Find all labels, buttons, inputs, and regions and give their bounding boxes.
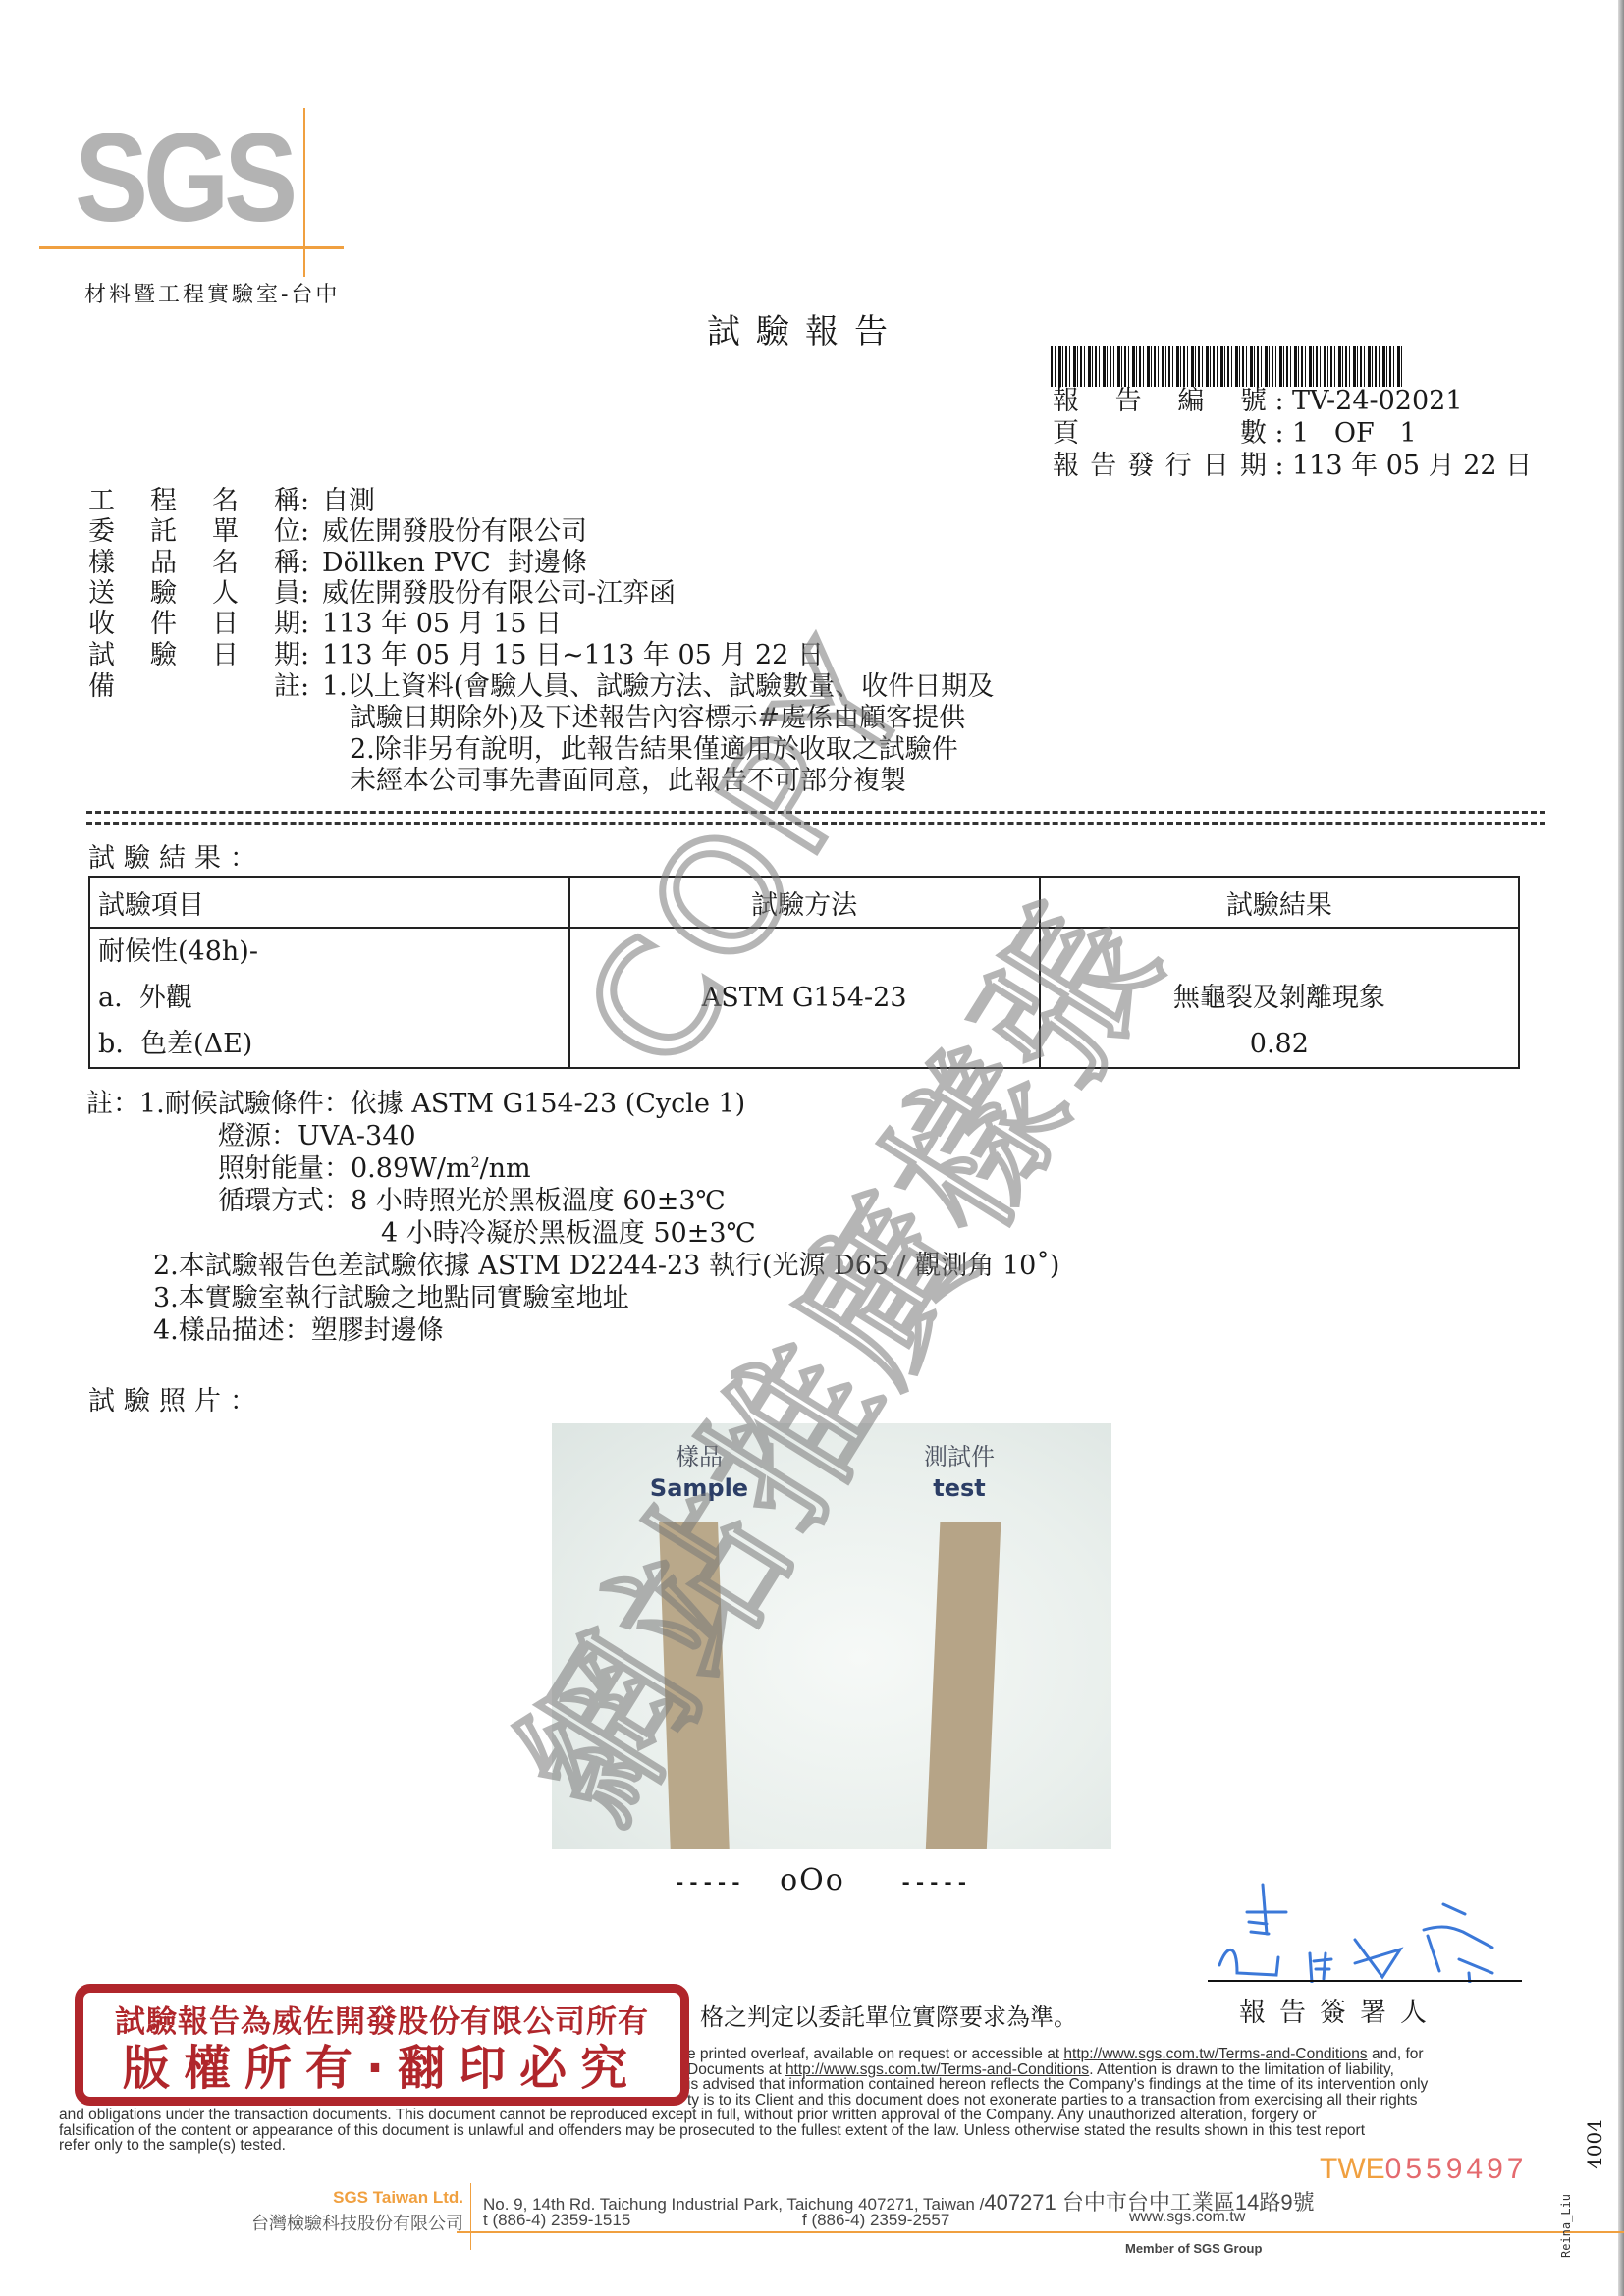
test-item-color-diff: b. 色差(ΔE)	[98, 1021, 561, 1067]
remark-line: 未經本公司事先書面同意，此報告不可部分複製	[350, 759, 906, 797]
disclaimer-text: and obligations under the transaction do…	[59, 2108, 1542, 2123]
lab-name: 材料暨工程實驗室-台中	[84, 278, 340, 308]
sgs-logo: SGS	[75, 116, 293, 241]
test-result-cell: 無龜裂及剝離現象 0.82	[1040, 928, 1519, 1068]
operator-id: Reina_Liu	[1559, 2194, 1573, 2258]
footer-member: Member of SGS Group	[1125, 2241, 1262, 2256]
table-header-row: 試驗項目 試驗方法 試驗結果	[89, 877, 1519, 928]
photo-section-label: 試驗照片：	[88, 1379, 265, 1417]
column-header-result: 試驗結果	[1040, 877, 1519, 928]
test-strip	[926, 1522, 1001, 1849]
terms-link[interactable]: http://www.sgs.com.tw/Terms-and-Conditio…	[1063, 2046, 1367, 2062]
disclaimer-text: refer only to the sample(s) tested.	[59, 2138, 1542, 2154]
result-delta-e: 0.82	[1049, 1021, 1510, 1067]
disclaimer-text: falsification of the content or appearan…	[59, 2123, 1542, 2139]
side-code: 4004	[1583, 2119, 1606, 2169]
end-dashes-right: -----	[902, 1870, 973, 1894]
column-header-method: 試驗方法	[569, 877, 1040, 928]
irradiance-sup: 2	[471, 1155, 480, 1171]
test-method: ASTM G154-23	[702, 983, 907, 1013]
footer-phone: t (886-4) 2359-1515	[483, 2211, 630, 2230]
results-table: 試驗項目 試驗方法 試驗結果 耐候性(48h)- a. 外觀 b. 色差(ΔE)…	[88, 876, 1520, 1069]
end-dashes-left: -----	[676, 1870, 746, 1894]
stamp-line-1: 試驗報告為威佐開發股份有限公司所有	[83, 1997, 680, 2041]
photo-label-sample-zh: 樣品	[650, 1437, 748, 1471]
disclaimer-text: Documents at	[687, 2061, 785, 2078]
document-title: 試驗報告	[707, 304, 903, 352]
stamp-line-2: 版權所有·翻印必究	[83, 2041, 680, 2096]
disclaimer-text: and, for	[1368, 2046, 1424, 2062]
test-item-title: 耐候性(48h)-	[98, 929, 561, 975]
test-method-cell: ASTM G154-23	[569, 928, 1040, 1068]
footer-fax: f (886-4) 2359-2557	[802, 2211, 949, 2230]
pass-note: 格之判定以委託單位實際要求為準。	[700, 1998, 1077, 2032]
issue-date-label: 報告發行日期	[1053, 444, 1267, 482]
photo-label-test-zh: 測試件	[895, 1437, 1023, 1471]
footer-divider-vertical	[470, 2183, 471, 2250]
photo-label-test-en: test	[905, 1474, 1013, 1502]
serial-number: TWE0559497	[1320, 2153, 1527, 2186]
test-item-cell: 耐候性(48h)- a. 外觀 b. 色差(ΔE)	[89, 928, 569, 1068]
serial-prefix: TWE	[1320, 2153, 1385, 2185]
scan-edge	[1618, 0, 1624, 2296]
footer-company-en: SGS Taiwan Ltd.	[206, 2188, 463, 2208]
terms-link[interactable]: http://www.sgs.com.tw/Terms-and-Conditio…	[785, 2061, 1089, 2078]
test-photo: 樣品 Sample 測試件 test	[552, 1423, 1111, 1849]
serial-digits: 0559497	[1385, 2153, 1528, 2185]
sample-strip	[659, 1522, 730, 1849]
copyright-stamp: 試驗報告為威佐開發股份有限公司所有 版權所有·翻印必究	[75, 1984, 689, 2106]
result-appearance: 無龜裂及剝離現象	[1049, 975, 1510, 1021]
end-center: oOo	[780, 1863, 845, 1897]
issue-date-row: 報告發行日期:113 年 05 月 22 日	[1053, 444, 1532, 482]
logo-divider-vertical	[303, 108, 305, 277]
column-header-item: 試驗項目	[89, 877, 569, 928]
footer-divider-horizontal	[457, 2231, 1624, 2233]
info-label: 備註	[88, 665, 300, 703]
section-divider	[86, 811, 1545, 825]
disclaimer-text: . Attention is drawn to the limitation o…	[1089, 2061, 1394, 2078]
table-row: 耐候性(48h)- a. 外觀 b. 色差(ΔE) ASTM G154-23 無…	[89, 928, 1519, 1068]
disclaimer-text: e printed overleaf, available on request…	[687, 2046, 1063, 2062]
results-section-label: 試驗結果：	[88, 836, 265, 875]
signature	[1208, 1875, 1512, 1983]
signature-line	[1208, 1980, 1522, 1982]
end-of-report-mark: ----- oOo -----	[676, 1863, 972, 1897]
footer-website[interactable]: www.sgs.com.tw	[1129, 2209, 1245, 2226]
note-4: 4.樣品描述：塑膠封邊條	[153, 1308, 444, 1347]
note-1: 註：1.耐候試驗條件：依據 ASTM G154-23 (Cycle 1)	[86, 1082, 745, 1120]
test-item-appearance: a. 外觀	[98, 975, 561, 1021]
footer-company-zh: 台灣檢驗科技股份有限公司	[196, 2210, 463, 2235]
photo-label-sample-en: Sample	[630, 1474, 768, 1502]
issue-date: 113 年 05 月 22 日	[1292, 451, 1532, 481]
logo-divider-horizontal	[39, 246, 344, 249]
signature-label: 報告簽署人	[1239, 1991, 1440, 2029]
